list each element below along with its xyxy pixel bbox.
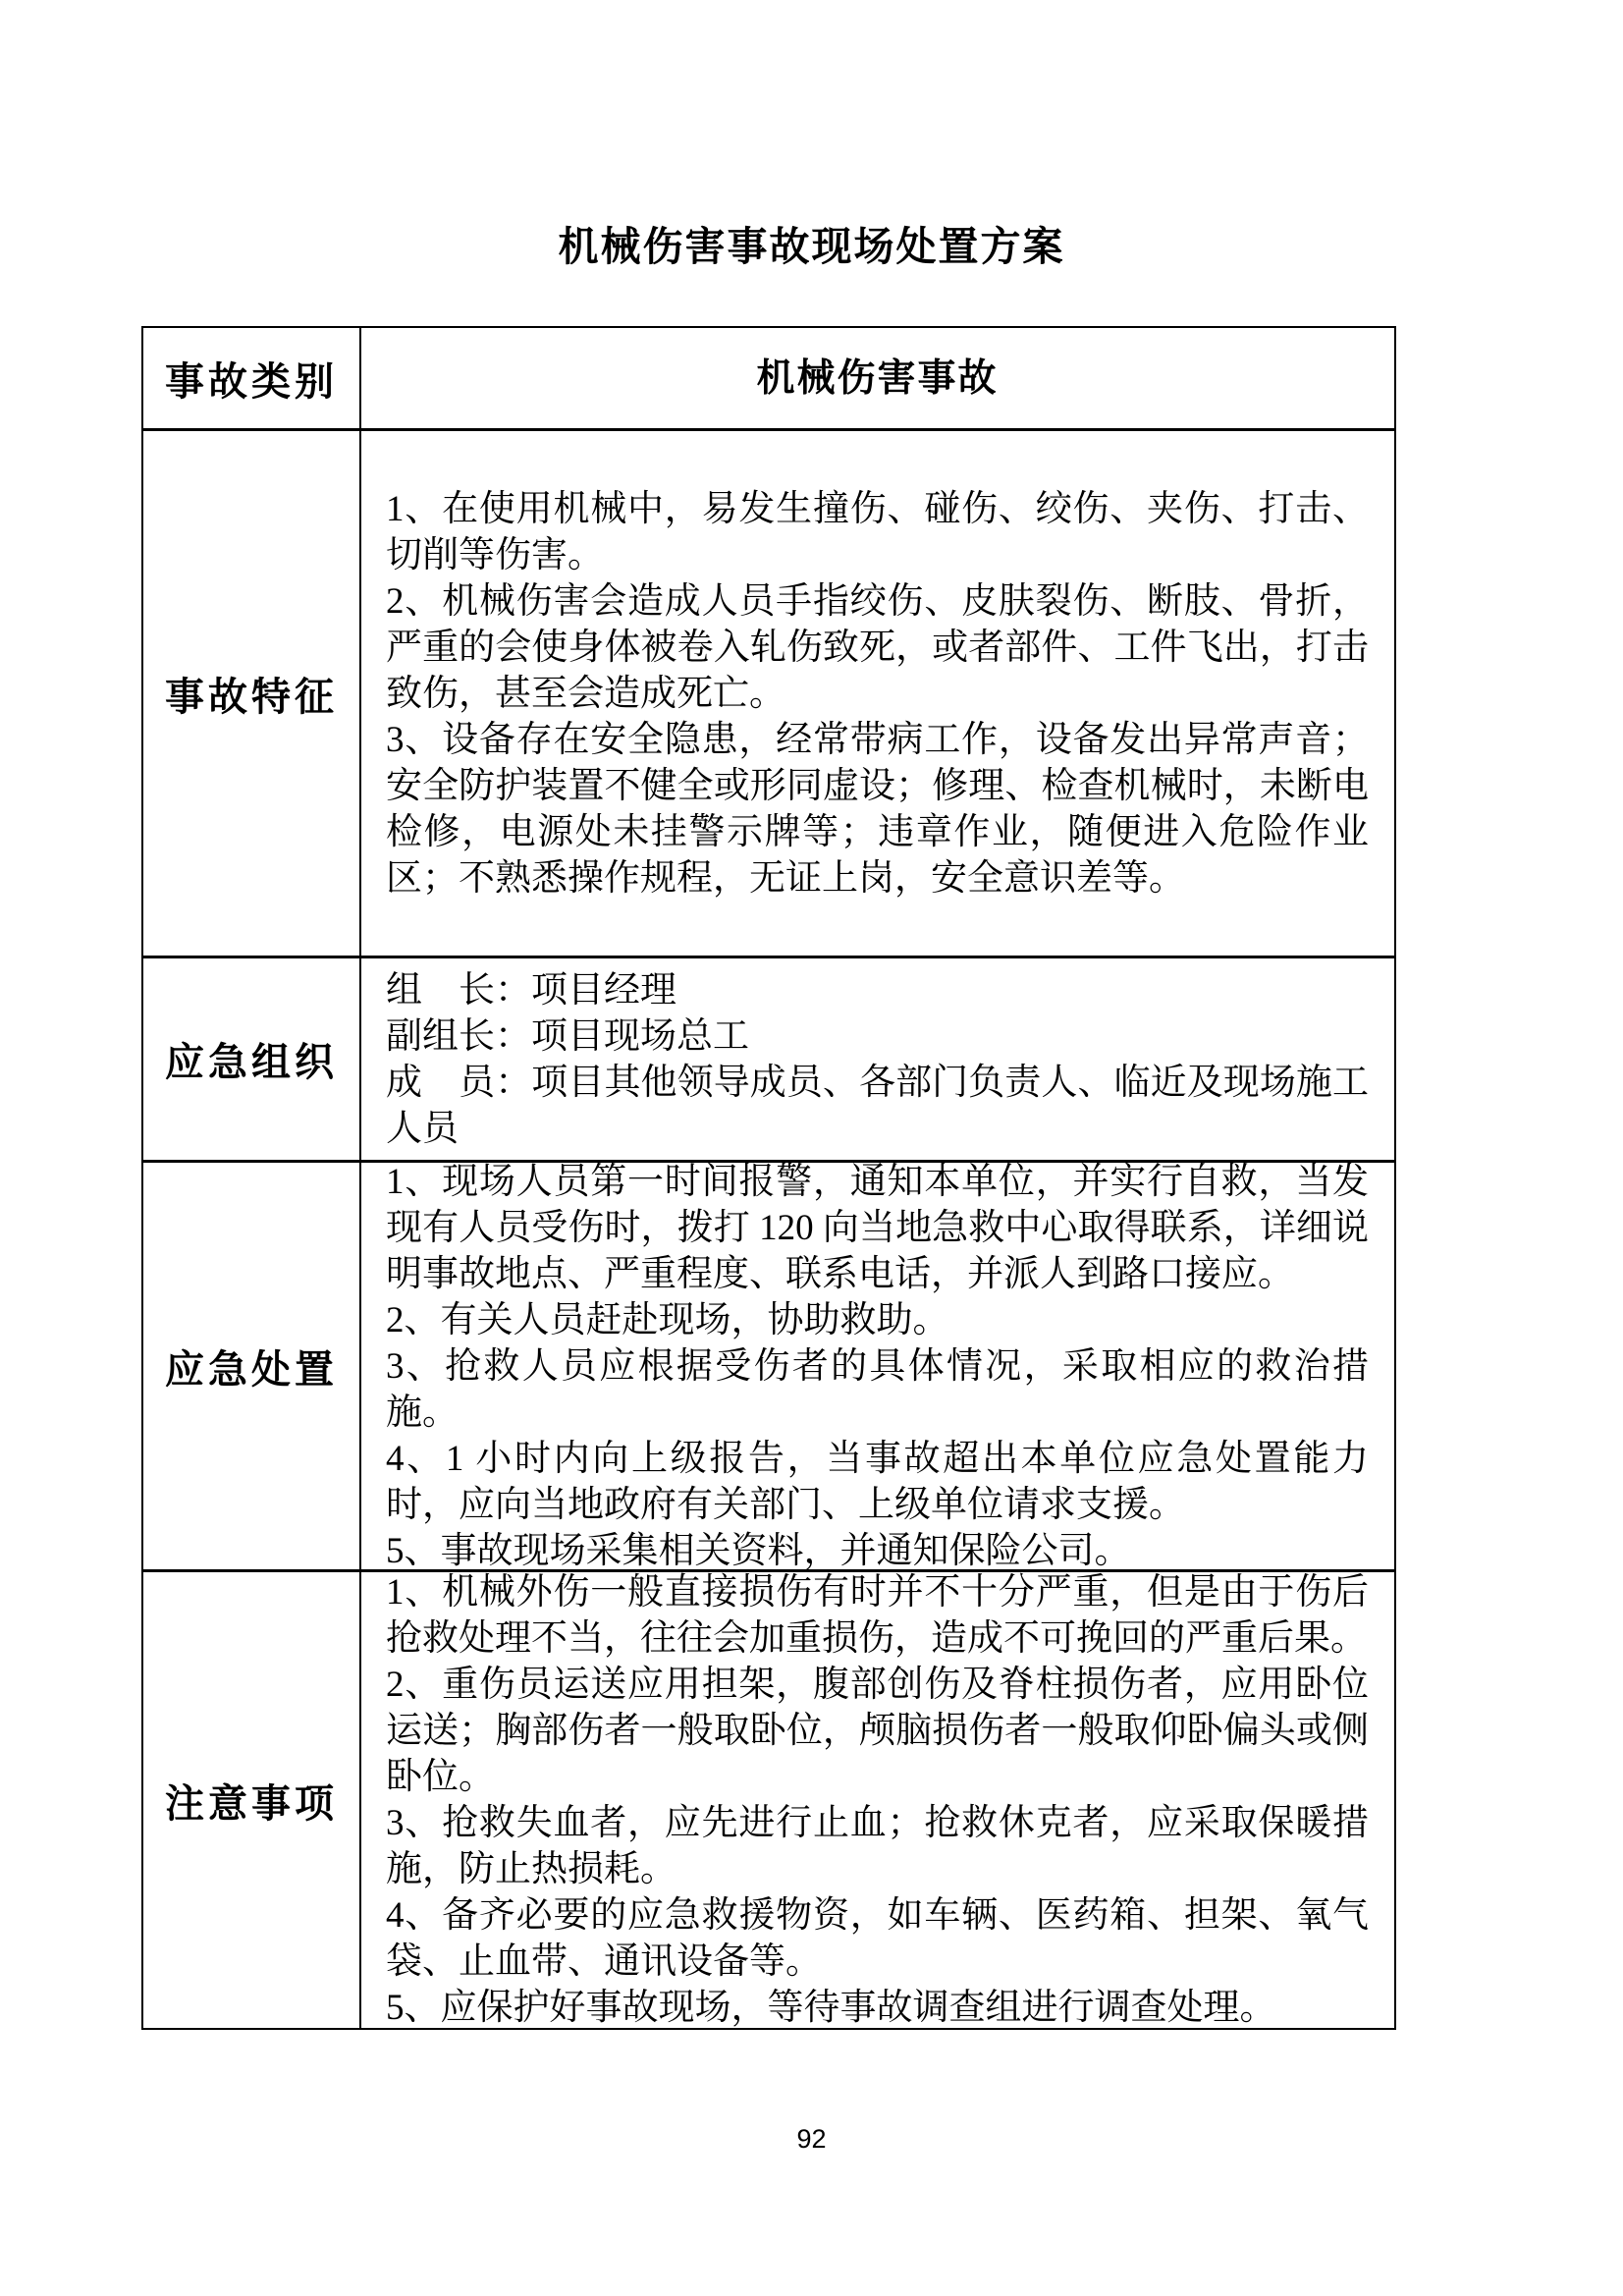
table-row-emergency-response: 应急处置 1、现场人员第一时间报警，通知本单位，并实行自救，当发现有人员受伤时，… bbox=[143, 1160, 1394, 1569]
paragraph: 副组长：项目现场总工 bbox=[386, 1013, 1369, 1060]
row-content-emergency-response: 1、现场人员第一时间报警，通知本单位，并实行自救，当发现有人员受伤时，拨打 12… bbox=[361, 1163, 1394, 1569]
row-content-accident-category: 机械伤害事故 bbox=[361, 328, 1394, 428]
row-content-emergency-organization: 组 长：项目经理 副组长：项目现场总工 成 员：项目其他领导成员、各部门负责人、… bbox=[361, 958, 1394, 1160]
paragraph: 2、重伤员运送应用担架，腹部创伤及脊柱损伤者，应用卧位运送；胸部伤者一般取卧位，… bbox=[386, 1662, 1369, 1800]
paragraph: 5、应保护好事故现场，等待事故调查组进行调查处理。 bbox=[386, 1985, 1369, 2028]
page-number: 92 bbox=[0, 2124, 1623, 2155]
paragraph: 成 员：项目其他领导成员、各部门负责人、临近及现场施工人员 bbox=[386, 1060, 1369, 1152]
paragraph: 1、在使用机械中，易发生撞伤、碰伤、绞伤、夹伤、打击、切削等伤害。 bbox=[386, 486, 1369, 578]
paragraph: 3、设备存在安全隐患，经常带病工作，设备发出异常声音；安全防护装置不健全或形同虚… bbox=[386, 717, 1369, 902]
paragraph: 1、机械外伤一般直接损伤有时并不十分严重，但是由于伤后抢救处理不当，往往会加重损… bbox=[386, 1572, 1369, 1662]
accident-response-table: 事故类别 机械伤害事故 事故特征 1、在使用机械中，易发生撞伤、碰伤、绞伤、夹伤… bbox=[141, 326, 1396, 2030]
paragraph: 3、抢救失血者，应先进行止血；抢救休克者，应采取保暖措施，防止热损耗。 bbox=[386, 1800, 1369, 1892]
row-content-precautions: 1、机械外伤一般直接损伤有时并不十分严重，但是由于伤后抢救处理不当，往往会加重损… bbox=[361, 1572, 1394, 2028]
row-content-accident-features: 1、在使用机械中，易发生撞伤、碰伤、绞伤、夹伤、打击、切削等伤害。 2、机械伤害… bbox=[361, 431, 1394, 956]
row-label-accident-category: 事故类别 bbox=[143, 328, 361, 428]
row-label-emergency-organization: 应急组织 bbox=[143, 958, 361, 1160]
paragraph: 4、备齐必要的应急救援物资，如车辆、医药箱、担架、氧气袋、止血带、通讯设备等。 bbox=[386, 1892, 1369, 1985]
row-label-accident-features: 事故特征 bbox=[143, 431, 361, 956]
paragraph: 4、1 小时内向上级报告，当事故超出本单位应急处置能力时，应向当地政府有关部门、… bbox=[386, 1436, 1369, 1528]
accident-category-value: 机械伤害事故 bbox=[756, 355, 998, 402]
row-label-emergency-response: 应急处置 bbox=[143, 1163, 361, 1569]
paragraph: 2、有关人员赶赴现场，协助救助。 bbox=[386, 1297, 1369, 1343]
paragraph: 2、机械伤害会造成人员手指绞伤、皮肤裂伤、断肢、骨折，严重的会使身体被卷入轧伤致… bbox=[386, 578, 1369, 717]
row-label-precautions: 注意事项 bbox=[143, 1572, 361, 2028]
table-row-emergency-organization: 应急组织 组 长：项目经理 副组长：项目现场总工 成 员：项目其他领导成员、各部… bbox=[143, 956, 1394, 1160]
paragraph: 组 长：项目经理 bbox=[386, 967, 1369, 1013]
table-row-precautions: 注意事项 1、机械外伤一般直接损伤有时并不十分严重，但是由于伤后抢救处理不当，往… bbox=[143, 1569, 1394, 2028]
table-row-accident-features: 事故特征 1、在使用机械中，易发生撞伤、碰伤、绞伤、夹伤、打击、切削等伤害。 2… bbox=[143, 428, 1394, 956]
paragraph: 5、事故现场采集相关资料，并通知保险公司。 bbox=[386, 1528, 1369, 1570]
paragraph: 3、抢救人员应根据受伤者的具体情况，采取相应的救治措施。 bbox=[386, 1343, 1369, 1436]
paragraph: 1、现场人员第一时间报警，通知本单位，并实行自救，当发现有人员受伤时，拨打 12… bbox=[386, 1163, 1369, 1297]
table-row-accident-category: 事故类别 机械伤害事故 bbox=[143, 328, 1394, 428]
page-title: 机械伤害事故现场处置方案 bbox=[0, 214, 1623, 272]
